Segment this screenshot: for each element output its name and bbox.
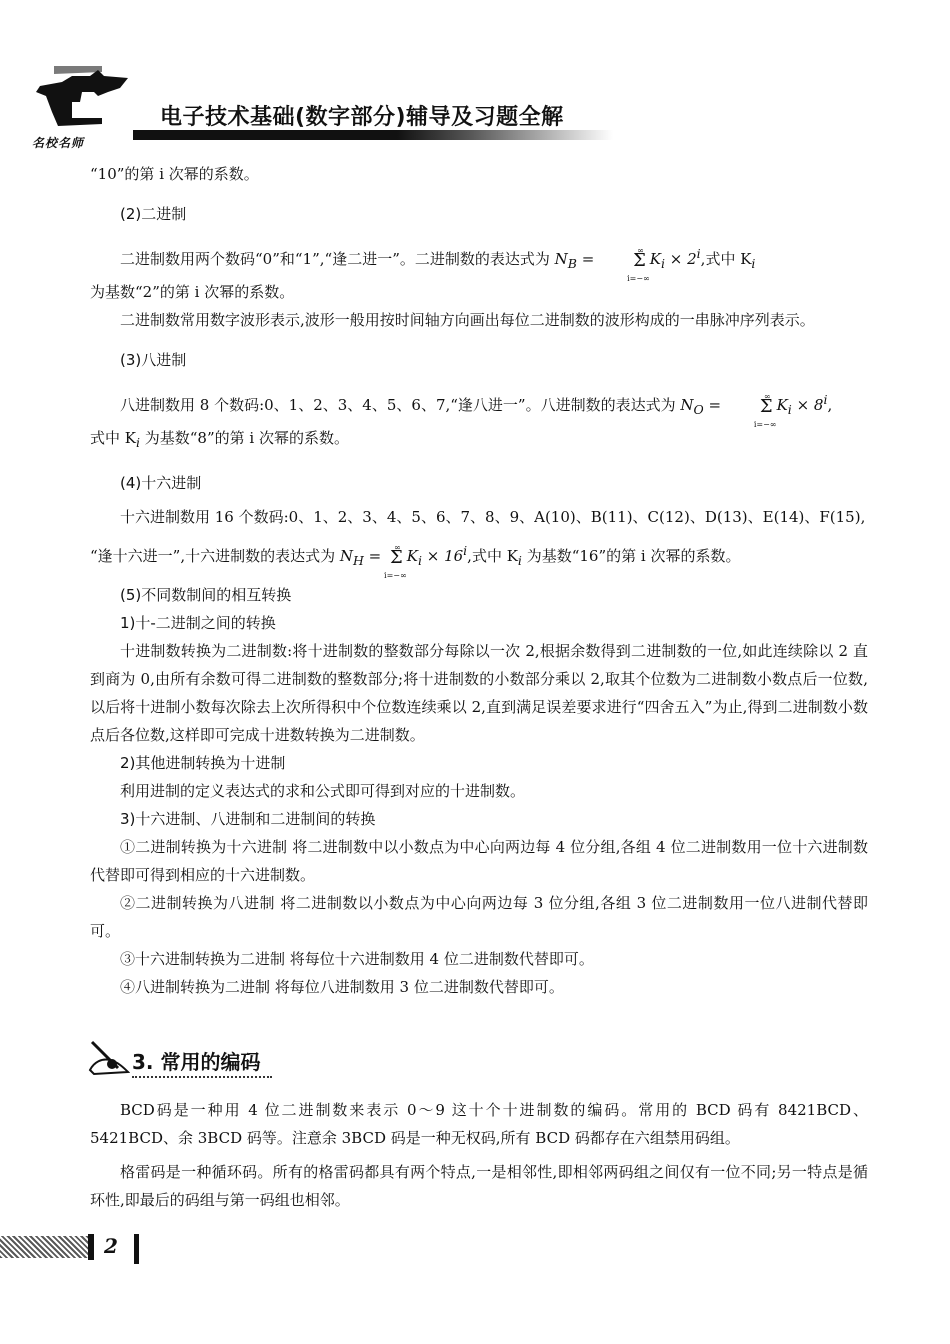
sigma-icon: Σ∞i=−∞ [730,393,773,421]
main-content: “10”的第 i 次幂的系数。 (2)二进制 二进制数用两个数码“0”和“1”,… [90,160,868,1001]
dec-bin-text: 十进制数转换为二进制数:将十进制数的整数部分每除以一次 2,根据余数得到二进制数… [90,637,868,749]
hex-formula: NH = Σ∞i=−∞Ki × 16i [340,547,467,565]
continued-line: “10”的第 i 次幂的系数。 [90,160,868,188]
binary-definition: 二进制数用两个数码“0”和“1”,“逢二进一”。二进制数的表达式为 NB = Σ… [90,240,868,278]
title-underline-bar [133,130,613,140]
other-to-dec-text: 利用进制的定义表达式的求和公式即可得到对应的十进制数。 [90,777,868,805]
gray-code-paragraph: 格雷码是一种循环码。所有的格雷码都具有两个特点,一是相邻性,即相邻两码组之间仅有… [90,1158,868,1214]
heading-binary: (2)二进制 [90,200,868,228]
codes-content: BCD码是一种用 4 位二进制数来表示 0～9 这十个十进制数的编码。常用的 B… [90,1096,868,1214]
item-hex-to-bin: ③十六进制转换为二进制 将每位十六进制数用 4 位二进制数代替即可。 [90,945,868,973]
binary-waveform: 二进制数常用数字波形表示,波形一般用按时间轴方向画出每位二进制数的波形构成的一串… [90,306,868,334]
logo-caption: 名校名师 [32,134,102,151]
section-heading-codes: 3. 常用的编码 [88,1040,488,1080]
hex-digits: 十六进制数用 16 个数码:0、1、2、3、4、5、6、7、8、9、A(10)、… [90,503,868,531]
item-bin-to-oct: ②二进制转换为八进制 将二进制数以小数点为中心向两边每 3 位分组,各组 3 位… [90,889,868,945]
item-oct-to-bin: ④八进制转换为二进制 将每位八进制数用 3 位二进制数代替即可。 [90,973,868,1001]
section-underline [132,1076,272,1078]
page-header: 名校名师 电子技术基础(数字部分)辅导及习题全解 [0,0,950,150]
hex-definition: “逢十六进一”,十六进制数的表达式为 NH = Σ∞i=−∞Ki × 16i,式… [90,537,868,575]
footer-bar-left [88,1234,94,1260]
heading-octal: (3)八进制 [90,346,868,374]
sigma-icon: Σ∞i=−∞ [603,247,646,275]
page-number: 2 [104,1234,118,1258]
sigma-icon: Σ∞i=−∞ [390,544,403,572]
heading-hex: (4)十六进制 [90,469,868,497]
heading-conversion: (5)不同数制间的相互转换 [90,581,868,609]
octal-formula: NO = Σ∞i=−∞Ki × 8i [680,396,827,414]
subheading-other-to-dec: 2)其他进制转换为十进制 [90,749,868,777]
bcd-paragraph: BCD码是一种用 4 位二进制数来表示 0～9 这十个十进制数的编码。常用的 B… [90,1096,868,1152]
page-footer: 2 [0,1234,200,1264]
item-bin-to-hex: ①二进制转换为十六进制 将二进制数中以小数点为中心向两边每 4 位分组,各组 4… [90,833,868,889]
subheading-dec-bin: 1)十-二进制之间的转换 [90,609,868,637]
footer-pattern [0,1236,88,1258]
subheading-hex-oct-bin: 3)十六进制、八进制和二进制间的转换 [90,805,868,833]
section-title: 3. 常用的编码 [132,1046,260,1075]
pen-hand-icon [88,1040,130,1076]
octal-definition: 八进制数用 8 个数码:0、1、2、3、4、5、6、7,“逢八进一”。八进制数的… [90,386,868,424]
binary-definition-cont: 为基数“2”的第 i 次幂的系数。 [90,278,868,306]
book-title: 电子技术基础(数字部分)辅导及习题全解 [160,100,564,131]
binary-formula: NB = Σ∞i=−∞Ki × 2i [555,250,701,268]
footer-bar-right [134,1234,139,1264]
